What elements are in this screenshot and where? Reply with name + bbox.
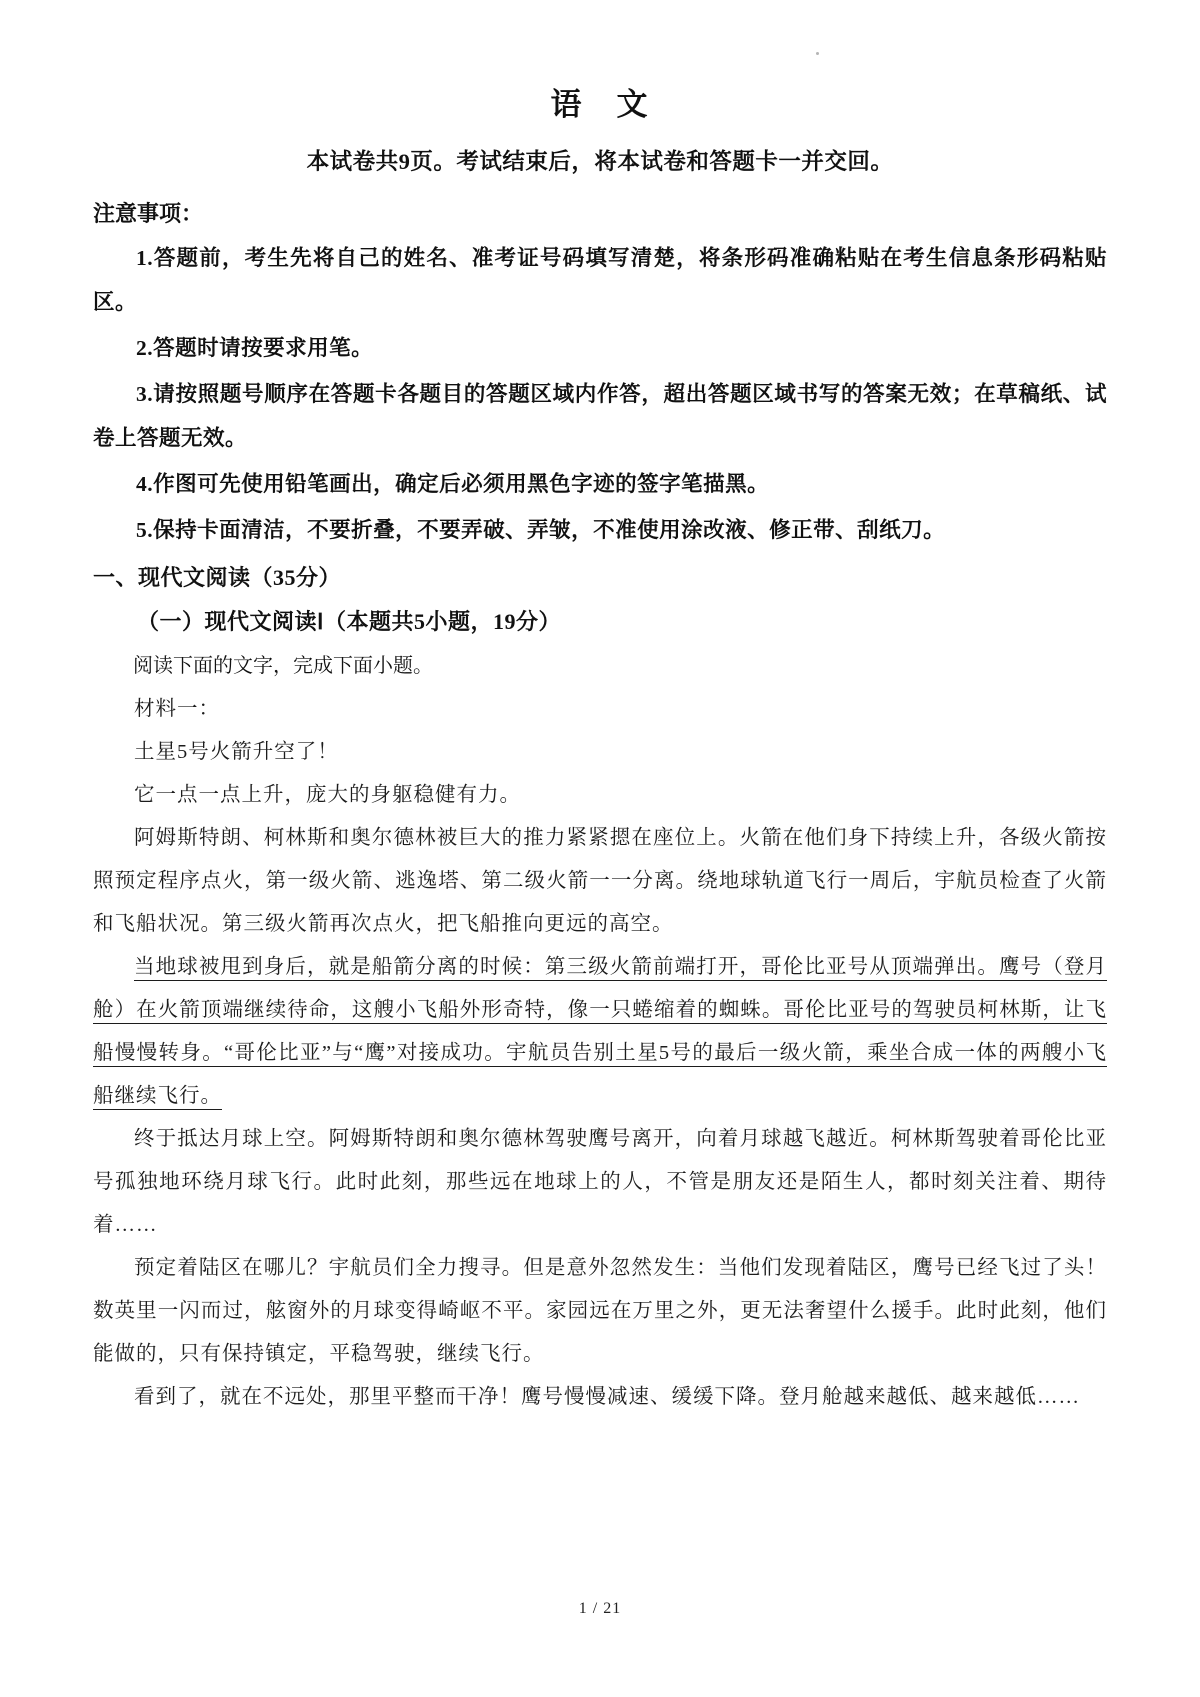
section-heading-modern-reading: 一、现代文阅读（35分） [93,556,1107,600]
page-title: 语 文 [93,84,1107,126]
note-item-4: 4.作图可先使用铅笔画出，确定后必须用黑色字迹的签字笔描黑。 [93,462,1107,506]
passage-paragraph-1: 土星5号火箭升空了！ [93,731,1107,774]
passage-paragraph-3: 阿姆斯特朗、柯林斯和奥尔德林被巨大的推力紧紧摁在座位上。火箭在他们身下持续上升，… [93,817,1107,946]
passage-paragraph-4-underlined: 当地球被甩到身后，就是船箭分离的时候：第三级火箭前端打开，哥伦比亚号从顶端弹出。… [93,946,1107,1118]
stray-dot-mark [816,52,819,55]
passage-paragraph-6: 预定着陆区在哪儿？宇航员们全力搜寻。但是意外忽然发生：当他们发现着陆区，鹰号已经… [93,1247,1107,1376]
note-item-2: 2.答题时请按要求用笔。 [93,326,1107,370]
passage-paragraph-7: 看到了，就在不远处，那里平整而干净！鹰号慢慢减速、缓缓下降。登月舱越来越低、越来… [93,1376,1107,1419]
subsection-heading-reading-1: （一）现代文阅读Ⅰ（本题共5小题，19分） [93,600,1107,644]
passage-paragraph-5: 终于抵达月球上空。阿姆斯特朗和奥尔德林驾驶鹰号离开，向着月球越飞越近。柯林斯驾驶… [93,1118,1107,1247]
exam-return-instruction: 本试卷共9页。考试结束后，将本试卷和答题卡一并交回。 [93,146,1107,178]
reading-instruction: 阅读下面的文字，完成下面小题。 [93,644,1107,688]
note-item-1: 1.答题前，考生先将自己的姓名、准考证号码填写清楚，将条形码准确粘贴在考生信息条… [93,236,1107,324]
note-item-5: 5.保持卡面清洁，不要折叠，不要弄破、弄皱，不准使用涂改液、修正带、刮纸刀。 [93,508,1107,552]
notes-heading: 注意事项： [93,194,1107,234]
passage-paragraph-2: 它一点一点上升，庞大的身躯稳健有力。 [93,774,1107,817]
note-item-3: 3.请按照题号顺序在答题卡各题目的答题区域内作答，超出答题区域书写的答案无效；在… [93,372,1107,460]
page-number-indicator: 1 / 21 [0,1600,1200,1618]
material-label: 材料一： [93,688,1107,731]
passage-material-1: 材料一： 土星5号火箭升空了！ 它一点一点上升，庞大的身躯稳健有力。 阿姆斯特朗… [93,688,1107,1419]
exam-paper-page: 语 文 本试卷共9页。考试结束后，将本试卷和答题卡一并交回。 注意事项： 1.答… [0,0,1200,1697]
